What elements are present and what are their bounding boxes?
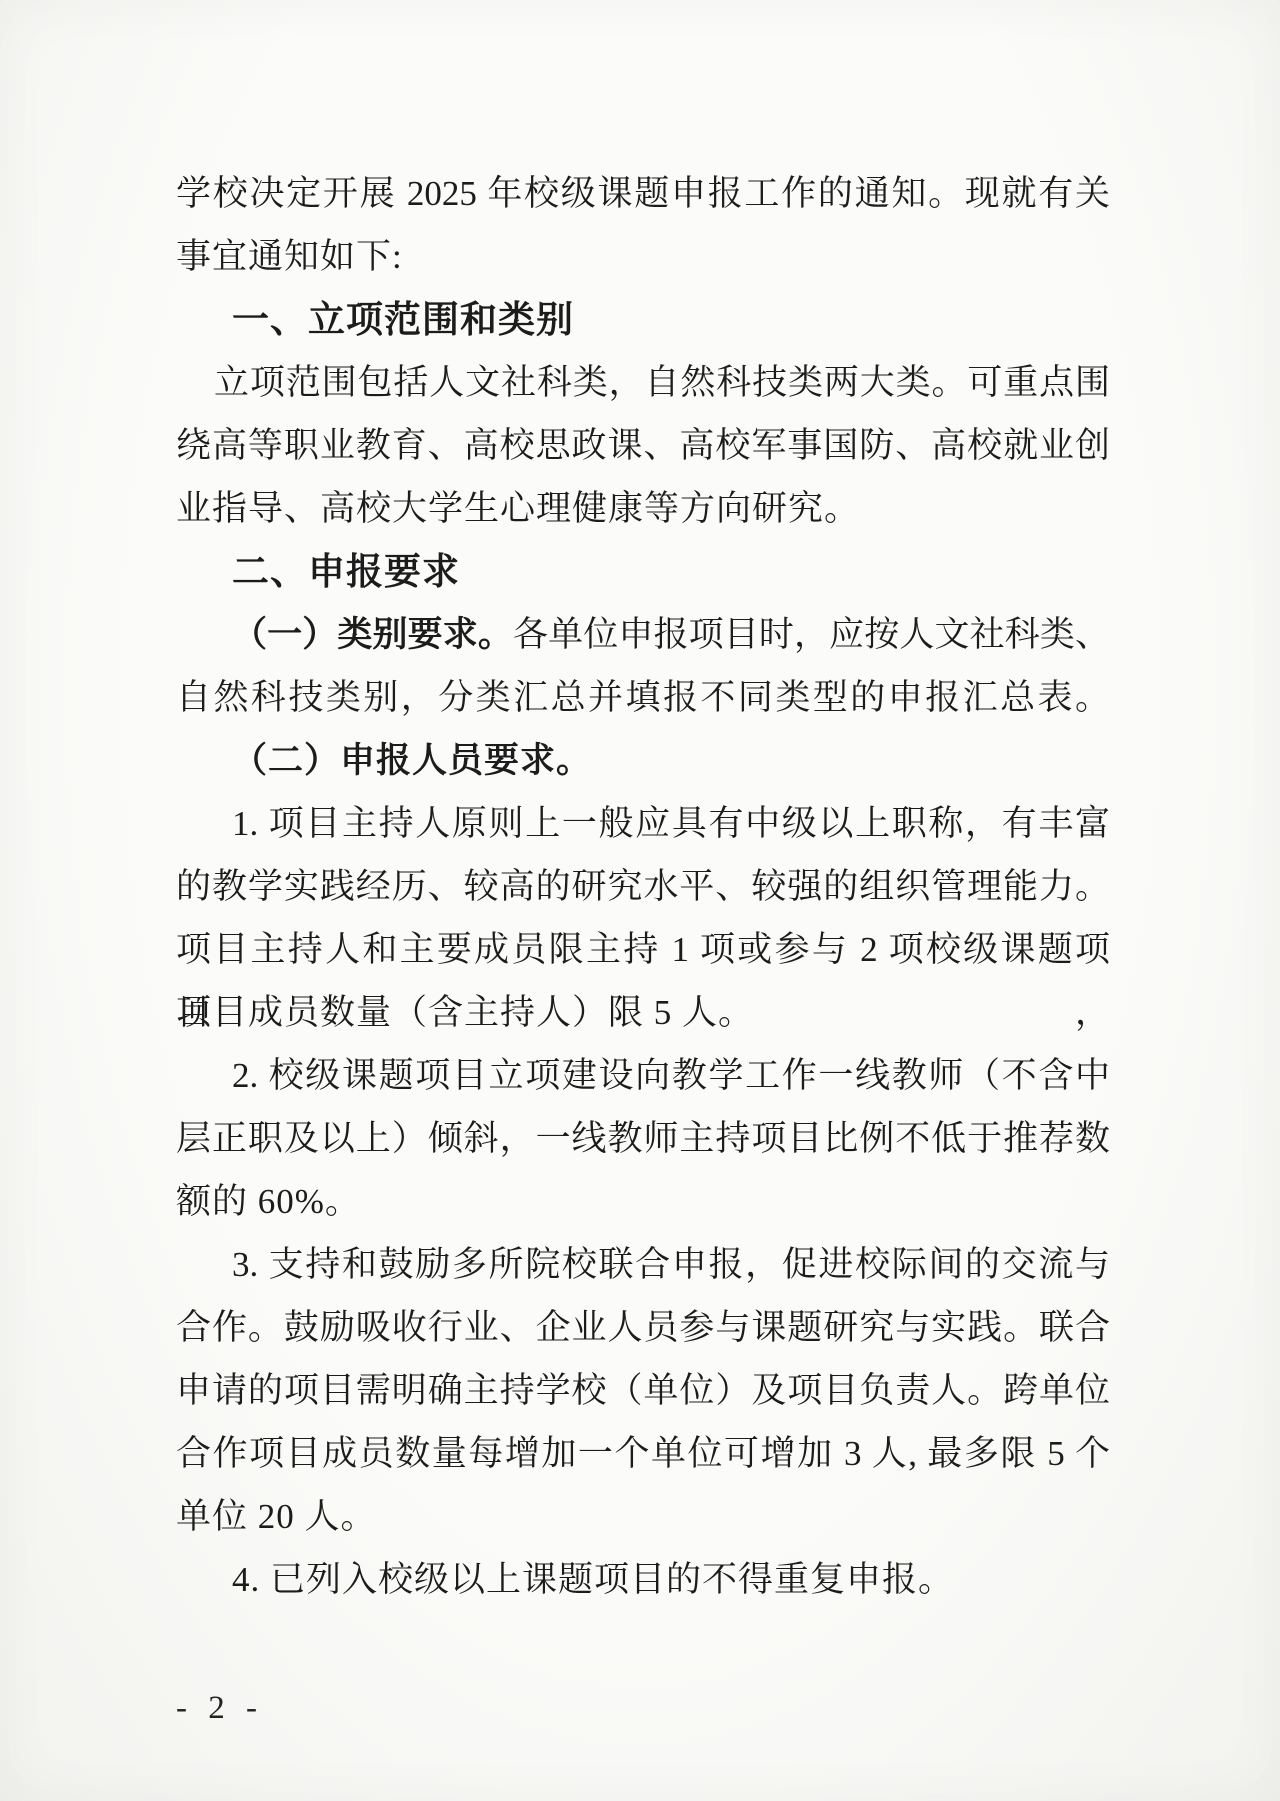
doc-line-7: 二、申报要求 (176, 540, 1110, 603)
doc-line-22: 单位 20 人。 (176, 1485, 1110, 1548)
page-number: - 2 - (176, 1686, 259, 1730)
document-body: 学校决定开展 2025 年校级课题申报工作的通知。现就有关事宜通知如下:一、立项… (176, 162, 1110, 1611)
doc-line-12: 的教学实践经历、较高的研究水平、较强的组织管理能力。 (176, 855, 1110, 918)
doc-line-3: 一、立项范围和类别 (176, 288, 1110, 351)
doc-line-2: 事宜通知如下: (176, 225, 1110, 288)
doc-line-5: 绕高等职业教育、高校思政课、高校军事国防、高校就业创 (176, 414, 1110, 477)
bold-lead-in: （一）类别要求。 (232, 615, 513, 654)
doc-line-6: 业指导、高校大学生心理健康等方向研究。 (176, 477, 1110, 540)
doc-line-1: 学校决定开展 2025 年校级课题申报工作的通知。现就有关 (176, 162, 1110, 225)
doc-line-20: 申请的项目需明确主持学校（单位）及项目负责人。跨单位 (176, 1359, 1110, 1422)
doc-line-19: 合作。鼓励吸收行业、企业人员参与课题研究与实践。联合 (176, 1296, 1110, 1359)
doc-line-11: 1. 项目主持人原则上一般应具有中级以上职称，有丰富 (176, 792, 1110, 855)
doc-line-23: 4. 已列入校级以上课题项目的不得重复申报。 (176, 1548, 1110, 1611)
doc-line-21: 合作项目成员数量每增加一个单位可增加 3 人, 最多限 5 个 (176, 1422, 1110, 1485)
doc-line-17: 额的 60%。 (176, 1170, 1110, 1233)
doc-line-8: （一）类别要求。各单位申报项目时，应按人文社科类、 (176, 603, 1110, 666)
doc-line-15: 2. 校级课题项目立项建设向教学工作一线教师（不含中 (176, 1044, 1110, 1107)
document-page: 学校决定开展 2025 年校级课题申报工作的通知。现就有关事宜通知如下:一、立项… (0, 0, 1280, 1801)
doc-line-10: （二）申报人员要求。 (176, 729, 1110, 792)
doc-line-13: 项目主持人和主要成员限主持 1 项或参与 2 项校级课题项目， (176, 918, 1110, 981)
doc-line-4: 立项范围包括人文社科类，自然科技类两大类。可重点围 (176, 351, 1110, 414)
doc-line-9: 自然科技类别，分类汇总并填报不同类型的申报汇总表。 (176, 666, 1110, 729)
doc-line-18: 3. 支持和鼓励多所院校联合申报，促进校际间的交流与 (176, 1233, 1110, 1296)
doc-line-16: 层正职及以上）倾斜，一线教师主持项目比例不低于推荐数 (176, 1107, 1110, 1170)
